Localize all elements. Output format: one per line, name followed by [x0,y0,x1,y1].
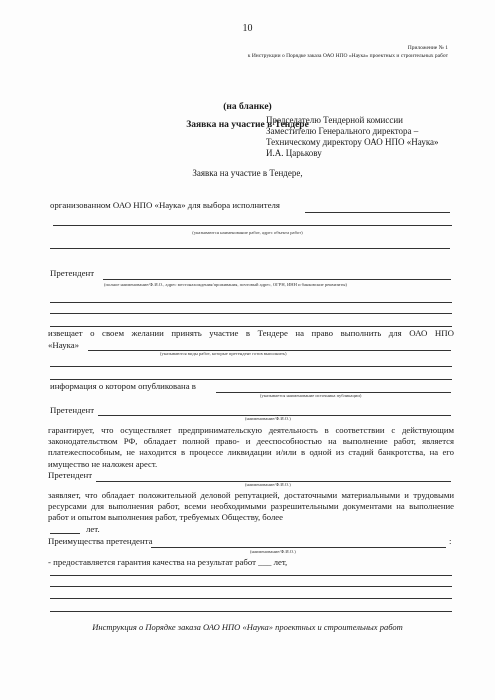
page-number: 10 [0,23,495,34]
organized-field[interactable] [305,212,450,213]
organized-field-line-2[interactable] [53,225,452,226]
advantages-line-1[interactable] [50,575,452,576]
addressee-line: И.А. Царькову [266,148,439,159]
applicant-field-line-3[interactable] [50,313,452,314]
published-hint: (указывается наименование источника публ… [260,393,361,398]
advantages-line-2[interactable] [50,586,452,587]
applicant-field[interactable] [103,279,451,280]
declares-paragraph: заявляет, что обладает положительной дел… [48,490,454,524]
applicant-field-line-4[interactable] [50,326,452,327]
notify-nauka: «Наука» [48,340,79,350]
years-field[interactable] [50,533,80,534]
applicant-hint: (полное наименование/Ф.И.О., адрес место… [104,282,347,287]
addressee-block: Председателю Тендерной комиссии Заместит… [266,115,439,159]
work-types-field-line-2[interactable] [50,366,452,367]
organized-label: организованном ОАО НПО «Наука» для выбор… [50,200,280,210]
published-label: информация о котором опубликована в [50,381,196,391]
notify-text: извещает о своем желании принять участие… [48,328,454,338]
applicant2-hint: (наименование/Ф.И.О.) [245,416,291,421]
subtitle: Заявка на участие в Тендере, [0,168,495,178]
applicant3-label: Претендент [48,470,92,480]
advantages-hint: (наименование/Ф.И.О.) [250,549,296,554]
work-types-field-line-3[interactable] [50,379,452,380]
addressee-line: Техническому директору ОАО НПО «Наука» [266,137,439,148]
appendix-reference: к Инструкции о Порядке заказа ОАО НПО «Н… [178,53,448,59]
addressee-line: Заместителю Генерального директора – [266,126,439,137]
appendix-title: Приложение № 1 [248,45,448,51]
applicant-label: Претендент [50,268,94,278]
addressee-line: Председателю Тендерной комиссии [266,115,439,126]
years-suffix: лет. [86,524,100,534]
advantages-label: Преимущества претендента [48,536,153,546]
blank-note: (на бланке) [0,102,495,112]
organized-hint: (указываются наименование работ, адрес о… [0,230,495,235]
warranty-text: - предоставляется гарантия качества на р… [48,557,287,567]
advantages-line-4[interactable] [50,611,452,612]
guarantee-paragraph: гарантирует, что осуществляет предприним… [48,425,454,470]
advantages-line-3[interactable] [50,598,452,599]
work-types-hint: (указываются виды работ, которые претенд… [160,351,287,356]
organized-field-line-3[interactable] [50,248,450,249]
footer-caption: Инструкция о Порядке заказа ОАО НПО «Нау… [0,622,495,632]
applicant-field-line-2[interactable] [50,302,452,303]
applicant3-hint: (наименование/Ф.И.О.) [245,482,291,487]
advantages-field[interactable] [151,547,446,548]
applicant2-label: Претендент [50,405,94,415]
advantages-colon: : [449,536,451,546]
